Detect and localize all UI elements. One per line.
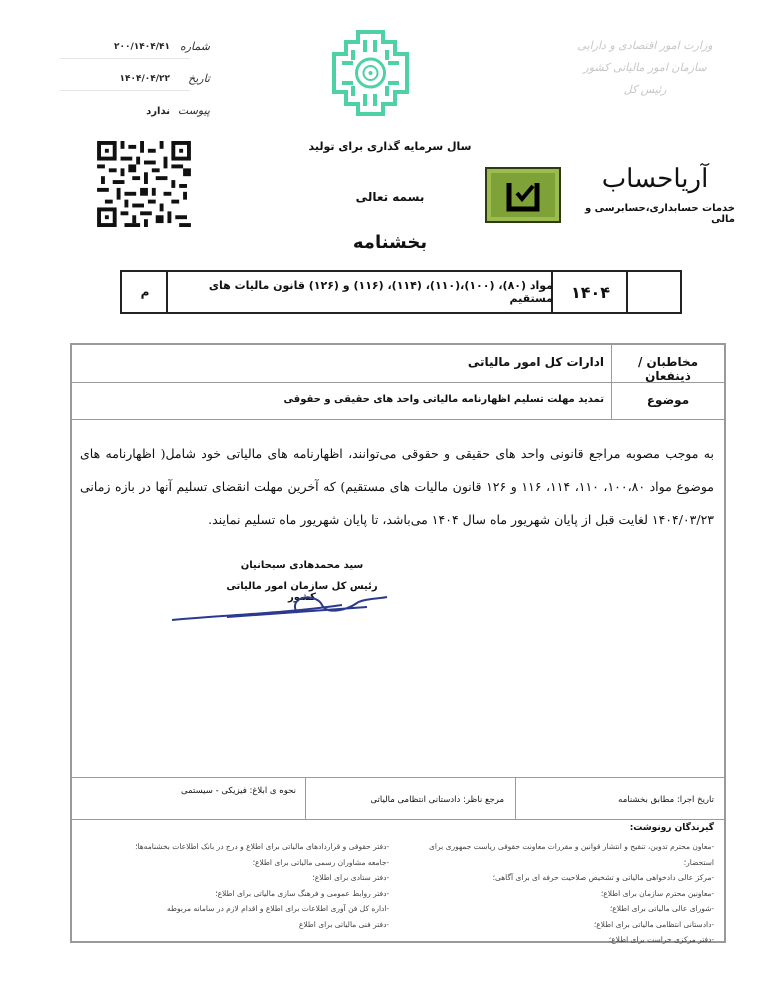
letter-number-value: ۲۰۰/۱۴۰۴/۴۱ [114,42,170,52]
letter-date-row: تاریخ ۱۴۰۴/۰۴/۲۲ [60,72,210,90]
recipients-value: ادارات کل امور مالیاتی [468,355,604,369]
letter-date-label: تاریخ [188,72,210,85]
subject-label: موضوع [618,393,718,407]
circular-subject-strip: ۱۴۰۴ مواد (۸۰)، (۱۰۰)،(۱۱۰)، (۱۱۴)، (۱۱۶… [120,270,682,314]
attachment-label: پیوست [178,104,210,117]
logo-name: آریاحساب [580,164,730,194]
row-divider [72,777,724,778]
cc-recipients-title: گیرندگان رونوشت: [630,823,714,833]
cc-item: -مرکز عالی دادخواهی مالیاتی و تشخیص صلاح… [414,870,714,886]
tax-organization-emblem-icon [323,28,418,118]
cc-item: -شورای عالی مالیاتی برای اطلاع؛ [414,901,714,917]
effective-date: تاریخ اجرا: مطابق بخشنامه [618,780,714,820]
checkmark-box-icon [487,169,559,221]
ministry-line: سازمان امور مالیاتی کشور [560,57,730,79]
cc-item: -دفتر مرکزی حراست برای اطلاع؛ [414,932,714,948]
cc-item: -دفتر حقوقی و قراردادهای مالیاتی برای اط… [79,839,389,855]
cc-item: -دادستانی انتظامی مالیاتی برای اطلاع؛ [414,917,714,933]
letter-number-label: شماره [180,40,210,53]
supervising-authority: مرجع ناظر: دادستانی انتظامی مالیاتی [370,780,504,820]
strip-code: م [122,272,168,312]
row-divider [72,419,724,420]
subject-value: تمدید مهلت تسلیم اظهارنامه مالیاتی واحد … [284,394,604,405]
column-divider [515,777,516,819]
signatory-name: سید محمدهادی سبحانیان [212,560,392,571]
document-title: بخشنامه [290,232,490,253]
strip-empty-cell [626,272,680,312]
cc-list-left: -دفتر حقوقی و قراردادهای مالیاتی برای اط… [79,839,389,932]
meta-divider [60,90,190,91]
ministry-header: وزارت امور اقتصادی و دارایی سازمان امور … [560,35,730,101]
attachment-value: ندارد [146,106,170,117]
ministry-line: رئیس کل [560,79,730,101]
cc-list-right: -معاون محترم تدوین، تنقیح و انتشار قوانی… [414,839,714,948]
circular-body-frame: مخاطبان / ذینفعان ادارات کل امور مالیاتی… [70,343,726,943]
letter-number-row: شماره ۲۰۰/۱۴۰۴/۴۱ [60,40,210,58]
cc-item: -معاون محترم تدوین، تنقیح و انتشار قوانی… [414,839,714,870]
circular-body-text: به موجب مصوبه مراجع قانونی واحد های حقیق… [80,437,714,536]
year-slogan: سال سرمایه گذاری برای تولید [290,140,490,153]
strip-year: ۱۴۰۴ [551,272,628,312]
meta-divider [60,58,190,59]
attachment-row: پیوست ندارد [60,104,210,122]
recipients-label: مخاطبان / ذینفعان [618,355,718,383]
letter-date-value: ۱۴۰۴/۰۴/۲۲ [119,74,170,84]
logo-tagline: خدمات حسابداری،حسابرسی و مالی [560,203,735,225]
strip-subject: مواد (۸۰)، (۱۰۰)،(۱۱۰)، (۱۱۴)، (۱۱۶) و (… [166,272,553,312]
column-divider [305,777,306,819]
notice-method: نحوه ی ابلاغ: فیزیکی - سیستمی [181,771,296,811]
signature-icon [167,585,397,625]
cc-item: -دفتر روابط عمومی و فرهنگ سازی مالیاتی ب… [79,886,389,902]
cc-item: -دفتر فنی مالیاتی برای اطلاع [79,917,389,933]
logo-mark [485,167,561,223]
cc-item: -جامعه مشاوران رسمی مالیاتی برای اطلاع؛ [79,855,389,871]
ministry-line: وزارت امور اقتصادی و دارایی [560,35,730,57]
cc-item: -معاونین محترم سازمان برای اطلاع؛ [414,886,714,902]
bismillah: بسمه تعالی [290,190,490,204]
cc-item: -دفتر ستادی برای اطلاع؛ [79,870,389,886]
qr-code-icon [96,141,192,227]
cc-item: -اداره کل فن آوری اطلاعات برای اطلاع و ا… [79,901,389,917]
